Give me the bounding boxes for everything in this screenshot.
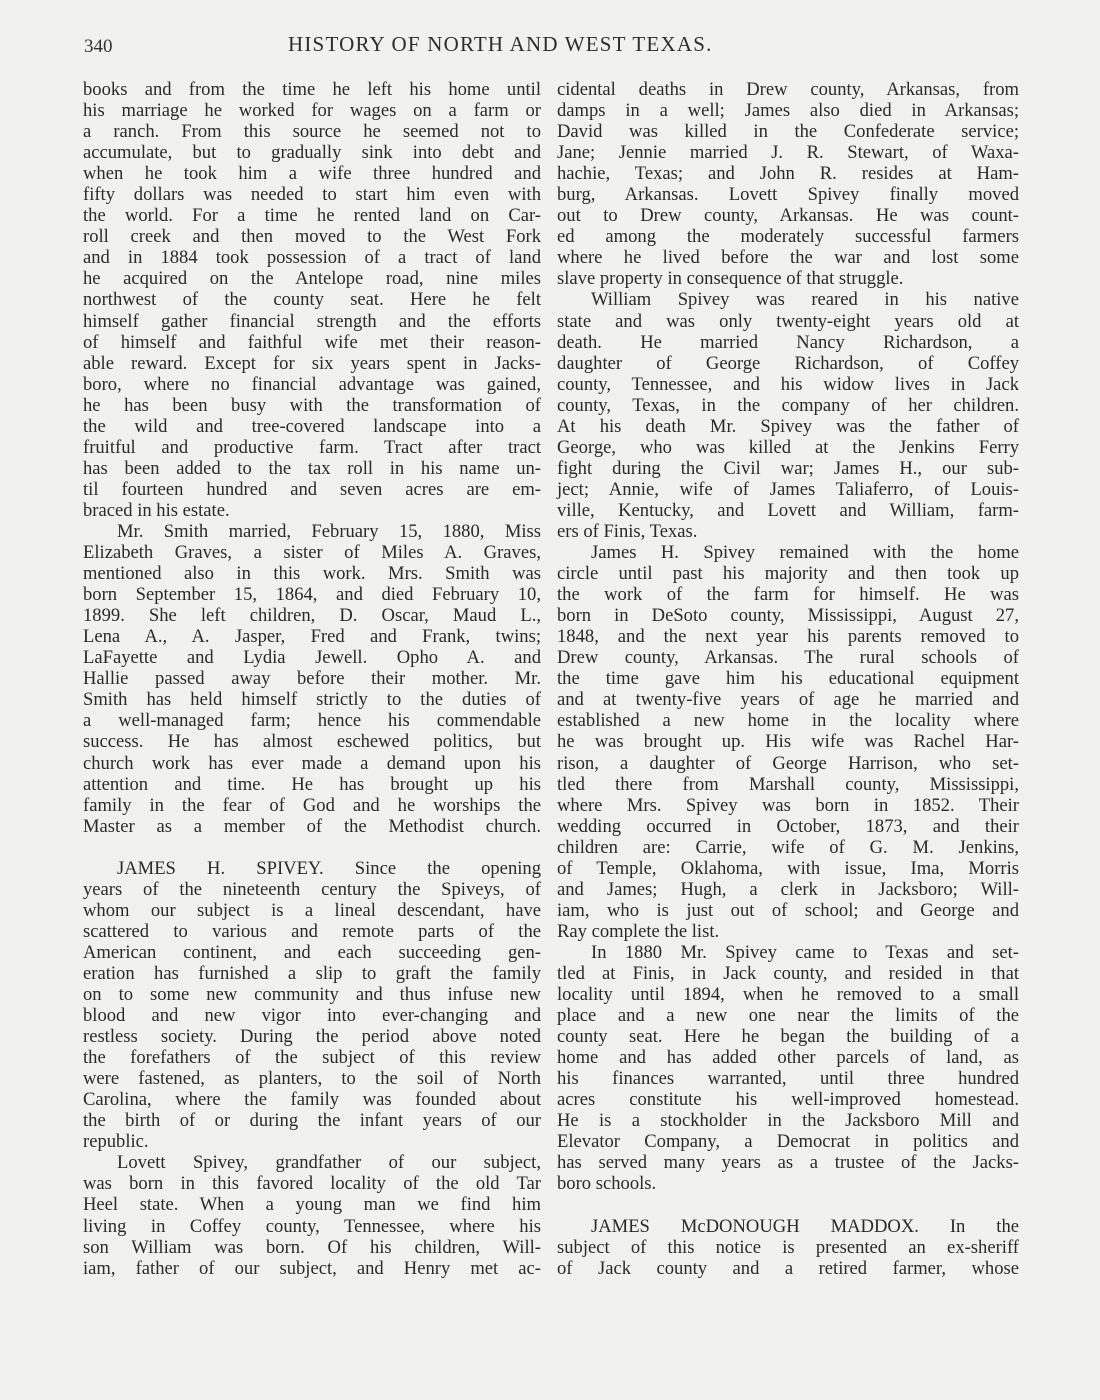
text-line: restless society. During the period abov… (83, 1026, 541, 1047)
text-line: Hallie passed away before their mother. … (83, 668, 541, 689)
text-line: Jane; Jennie married J. R. Stewart, of W… (557, 142, 1019, 163)
text-line: locality until 1894, when he removed to … (557, 984, 1019, 1005)
text-line: success. He has almost eschewed politics… (83, 731, 541, 752)
text-line: Master as a member of the Methodist chur… (83, 816, 541, 837)
text-line: where Mrs. Spivey was born in 1852. Thei… (557, 795, 1019, 816)
section-spacer (83, 837, 541, 858)
text-line: when he took him a wife three hundred an… (83, 163, 541, 184)
text-line: and in 1884 took possession of a tract o… (83, 247, 541, 268)
text-line: books and from the time he left his home… (83, 79, 541, 100)
left-column: books and from the time he left his home… (83, 79, 541, 1279)
text-line: home and has added other parcels of land… (557, 1047, 1019, 1068)
text-line: blood and new vigor into ever-changing a… (83, 1005, 541, 1026)
text-line: county seat. Here he began the building … (557, 1026, 1019, 1047)
text-line: Heel state. When a young man we find him (83, 1194, 541, 1215)
text-line: til fourteen hundred and seven acres are… (83, 479, 541, 500)
text-line: Carolina, where the family was founded a… (83, 1089, 541, 1110)
text-line: mentioned also in this work. Mrs. Smith … (83, 563, 541, 584)
text-line: his finances warranted, until three hund… (557, 1068, 1019, 1089)
text-line: the wild and tree-covered landscape into… (83, 416, 541, 437)
text-line: wedding occurred in October, 1873, and t… (557, 816, 1019, 837)
text-line: daughter of George Richardson, of Coffey (557, 353, 1019, 374)
text-line: rison, a daughter of George Harrison, wh… (557, 753, 1019, 774)
text-line: Ray complete the list. (557, 921, 1019, 942)
text-line: David was killed in the Confederate serv… (557, 121, 1019, 142)
text-line: slave property in consequence of that st… (557, 268, 1019, 289)
text-line: the birth of or during the infant years … (83, 1110, 541, 1131)
text-line: of Jack county and a retired farmer, who… (557, 1258, 1019, 1279)
paragraph-start: Mr. Smith married, February 15, 1880, Mi… (83, 521, 541, 542)
text-line: his marriage he worked for wages on a fa… (83, 100, 541, 121)
text-line: ed among the moderately successful farme… (557, 226, 1019, 247)
text-line: iam, father of our subject, and Henry me… (83, 1258, 541, 1279)
text-line: northwest of the county seat. Here he fe… (83, 289, 541, 310)
text-line: out to Drew county, Arkansas. He was cou… (557, 205, 1019, 226)
section-spacer (557, 1194, 1019, 1215)
text-line: was born in this favored locality of the… (83, 1173, 541, 1194)
text-line: LaFayette and Lydia Jewell. Opho A. and (83, 647, 541, 668)
text-line: of Temple, Oklahoma, with issue, Ima, Mo… (557, 858, 1019, 879)
text-line: years of the nineteenth century the Spiv… (83, 879, 541, 900)
text-line: burg, Arkansas. Lovett Spivey finally mo… (557, 184, 1019, 205)
text-line: himself gather financial strength and th… (83, 311, 541, 332)
page-header: 340 HISTORY OF NORTH AND WEST TEXAS. (84, 32, 1018, 60)
text-line: fifty dollars was needed to start him ev… (83, 184, 541, 205)
text-line: Elevator Company, a Democrat in politics… (557, 1131, 1019, 1152)
text-line: republic. (83, 1131, 541, 1152)
text-line: fruitful and productive farm. Tract afte… (83, 437, 541, 458)
text-line: scattered to various and remote parts of… (83, 921, 541, 942)
section-heading-spivey: JAMES H. SPIVEY. Since the opening (83, 858, 541, 879)
running-title: HISTORY OF NORTH AND WEST TEXAS. (288, 32, 713, 57)
text-line: a ranch. From this source he seemed not … (83, 121, 541, 142)
text-line: 1899. She left children, D. Oscar, Maud … (83, 605, 541, 626)
text-line: Smith has held himself strictly to the d… (83, 689, 541, 710)
paragraph-start: William Spivey was reared in his native (557, 289, 1019, 310)
text-line: cidental deaths in Drew county, Arkansas… (557, 79, 1019, 100)
text-line: braced in his estate. (83, 500, 541, 521)
text-line: of himself and faithful wife met their r… (83, 332, 541, 353)
text-line: a well-managed farm; hence his commendab… (83, 710, 541, 731)
text-line: the work of the farm for himself. He was (557, 584, 1019, 605)
text-line: born in DeSoto county, Mississippi, Augu… (557, 605, 1019, 626)
text-line: the world. For a time he rented land on … (83, 205, 541, 226)
text-line: the forefathers of the subject of this r… (83, 1047, 541, 1068)
text-line: were fastened, as planters, to the soil … (83, 1068, 541, 1089)
text-line: state and was only twenty-eight years ol… (557, 311, 1019, 332)
text-line: where he lived before the war and lost s… (557, 247, 1019, 268)
text-line: Lena A., A. Jasper, Fred and Frank, twin… (83, 626, 541, 647)
text-line: At his death Mr. Spivey was the father o… (557, 416, 1019, 437)
text-line: tled there from Marshall county, Mississ… (557, 774, 1019, 795)
text-line: whom our subject is a lineal descendant,… (83, 900, 541, 921)
text-line: He is a stockholder in the Jacksboro Mil… (557, 1110, 1019, 1131)
text-line: 1848, and the next year his parents remo… (557, 626, 1019, 647)
text-line: able reward. Except for six years spent … (83, 353, 541, 374)
right-column: cidental deaths in Drew county, Arkansas… (557, 79, 1019, 1279)
text-line: ject; Annie, wife of James Taliaferro, o… (557, 479, 1019, 500)
text-line: boro schools. (557, 1173, 1019, 1194)
text-line: county, Tennessee, and his widow lives i… (557, 374, 1019, 395)
text-line: boro, where no financial advantage was g… (83, 374, 541, 395)
text-line: on to some new community and thus infuse… (83, 984, 541, 1005)
text-line: son William was born. Of his children, W… (83, 1237, 541, 1258)
text-line: he has been busy with the transformation… (83, 395, 541, 416)
text-line: county, Texas, in the company of her chi… (557, 395, 1019, 416)
text-line: circle until past his majority and then … (557, 563, 1019, 584)
text-line: family in the fear of God and he worship… (83, 795, 541, 816)
text-line: accumulate, but to gradually sink into d… (83, 142, 541, 163)
paragraph-start: Lovett Spivey, grandfather of our subjec… (83, 1152, 541, 1173)
text-line: hachie, Texas; and John R. resides at Ha… (557, 163, 1019, 184)
paragraph-start: James H. Spivey remained with the home (557, 542, 1019, 563)
text-line: acres constitute his well-improved homes… (557, 1089, 1019, 1110)
section-heading-maddox: JAMES McDONOUGH MADDOX. In the (557, 1216, 1019, 1237)
text-line: Drew county, Arkansas. The rural schools… (557, 647, 1019, 668)
text-line: iam, who is just out of school; and Geor… (557, 900, 1019, 921)
text-line: death. He married Nancy Richardson, a (557, 332, 1019, 353)
text-line: born September 15, 1864, and died Februa… (83, 584, 541, 605)
text-line: he was brought up. His wife was Rachel H… (557, 731, 1019, 752)
text-line: place and a new one near the limits of t… (557, 1005, 1019, 1026)
text-line: ers of Finis, Texas. (557, 521, 1019, 542)
text-line: children are: Carrie, wife of G. M. Jenk… (557, 837, 1019, 858)
text-line: and at twenty-five years of age he marri… (557, 689, 1019, 710)
text-line: George, who was killed at the Jenkins Fe… (557, 437, 1019, 458)
text-line: attention and time. He has brought up hi… (83, 774, 541, 795)
text-line: fight during the Civil war; James H., ou… (557, 458, 1019, 479)
text-line: established a new home in the locality w… (557, 710, 1019, 731)
text-line: damps in a well; James also died in Arka… (557, 100, 1019, 121)
text-line: eration has furnished a slip to graft th… (83, 963, 541, 984)
text-line: Elizabeth Graves, a sister of Miles A. G… (83, 542, 541, 563)
text-line: American continent, and each succeeding … (83, 942, 541, 963)
text-line: tled at Finis, in Jack county, and resid… (557, 963, 1019, 984)
page-number: 340 (84, 36, 113, 58)
paragraph-start: In 1880 Mr. Spivey came to Texas and set… (557, 942, 1019, 963)
text-line: the time gave him his educational equipm… (557, 668, 1019, 689)
text-line: ville, Kentucky, and Lovett and William,… (557, 500, 1019, 521)
text-line: living in Coffey county, Tennessee, wher… (83, 1216, 541, 1237)
text-line: church work has ever made a demand upon … (83, 753, 541, 774)
text-line: has been added to the tax roll in his na… (83, 458, 541, 479)
text-line: he acquired on the Antelope road, nine m… (83, 268, 541, 289)
text-line: roll creek and then moved to the West Fo… (83, 226, 541, 247)
text-line: has served many years as a trustee of th… (557, 1152, 1019, 1173)
text-line: subject of this notice is presented an e… (557, 1237, 1019, 1258)
text-line: and James; Hugh, a clerk in Jacksboro; W… (557, 879, 1019, 900)
